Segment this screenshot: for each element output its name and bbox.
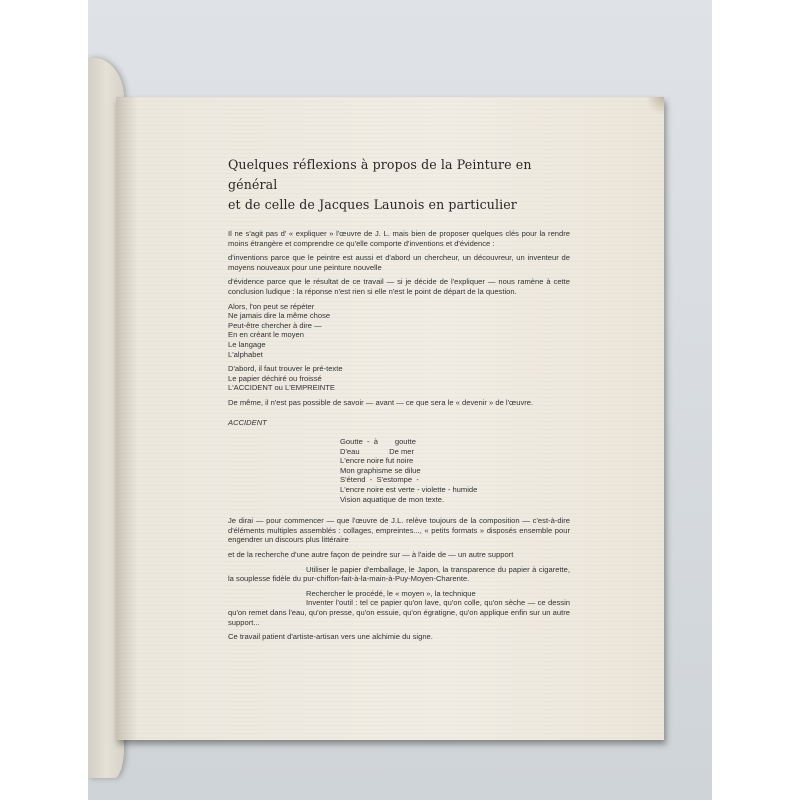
poem-line: S'étend - S'estompe - [340, 475, 570, 485]
verse-line: L'ACCIDENT ou L'EMPREINTE [228, 383, 570, 393]
verse-line: Le langage [228, 340, 570, 350]
verse-line: Peut-être chercher à dire — [228, 321, 570, 331]
accident-poem: Goutte - à goutte D'eau De mer L'encre n… [340, 437, 570, 504]
paragraph-3: d'évidence parce que le résultat de ce t… [228, 277, 570, 296]
verse-2: D'abord, il faut trouver le pré-texte Le… [228, 364, 570, 393]
accident-heading: ACCIDENT [228, 418, 570, 428]
poem-line: L'encre noire est verte - violette - hum… [340, 485, 570, 495]
title-line-1: Quelques réflexions à propos de la Peint… [228, 155, 570, 195]
title-line-2: et de celle de Jacques Launois en partic… [228, 195, 570, 215]
poem-line: Mon graphisme se dilue [340, 466, 570, 476]
verse-line: D'abord, il faut trouver le pré-texte [228, 364, 570, 374]
page-title: Quelques réflexions à propos de la Peint… [228, 155, 570, 215]
poem-line: Vision aquatique de mon texte. [340, 495, 570, 505]
verse-1: Alors, l'on peut se répéter Ne jamais di… [228, 302, 570, 360]
paragraph-9: Ce travail patient d'artiste-artisan ver… [228, 632, 570, 642]
verse-line: En en créant le moyen [228, 330, 570, 340]
paragraph-8-line-1: Rechercher le procédé, le « moyen », la … [228, 589, 570, 599]
page-content: Quelques réflexions à propos de la Peint… [228, 155, 570, 647]
paragraph-2: d'inventions parce que le peintre est au… [228, 253, 570, 272]
paragraph-1: Il ne s'agit pas d' « expliquer » l'œuvr… [228, 229, 570, 248]
paragraph-7: Utiliser le papier d'emballage, le Japon… [228, 565, 570, 584]
poem-line: L'encre noire fut noire [340, 456, 570, 466]
verse-line: Alors, l'on peut se répéter [228, 302, 570, 312]
paragraph-5: Je dirai — pour commencer — que l'œuvre … [228, 516, 570, 545]
paragraph-8: Rechercher le procédé, le « moyen », la … [228, 589, 570, 627]
verse-line: L'alphabet [228, 350, 570, 360]
page-body: Il ne s'agit pas d' « expliquer » l'œuvr… [228, 229, 570, 642]
poem-line: D'eau De mer [340, 447, 570, 457]
paragraph-8-rest: Inventer l'outil : tel ce papier qu'on l… [228, 598, 570, 627]
verse-line: Le papier déchiré ou froissé [228, 374, 570, 384]
paragraph-4: De même, il n'est pas possible de savoir… [228, 398, 570, 408]
book-page: Quelques réflexions à propos de la Peint… [116, 97, 664, 740]
photo-background: Quelques réflexions à propos de la Peint… [88, 0, 712, 800]
paragraph-6: et de la recherche d'une autre façon de … [228, 550, 570, 560]
poem-line: Goutte - à goutte [340, 437, 570, 447]
verse-line: Ne jamais dire la même chose [228, 311, 570, 321]
